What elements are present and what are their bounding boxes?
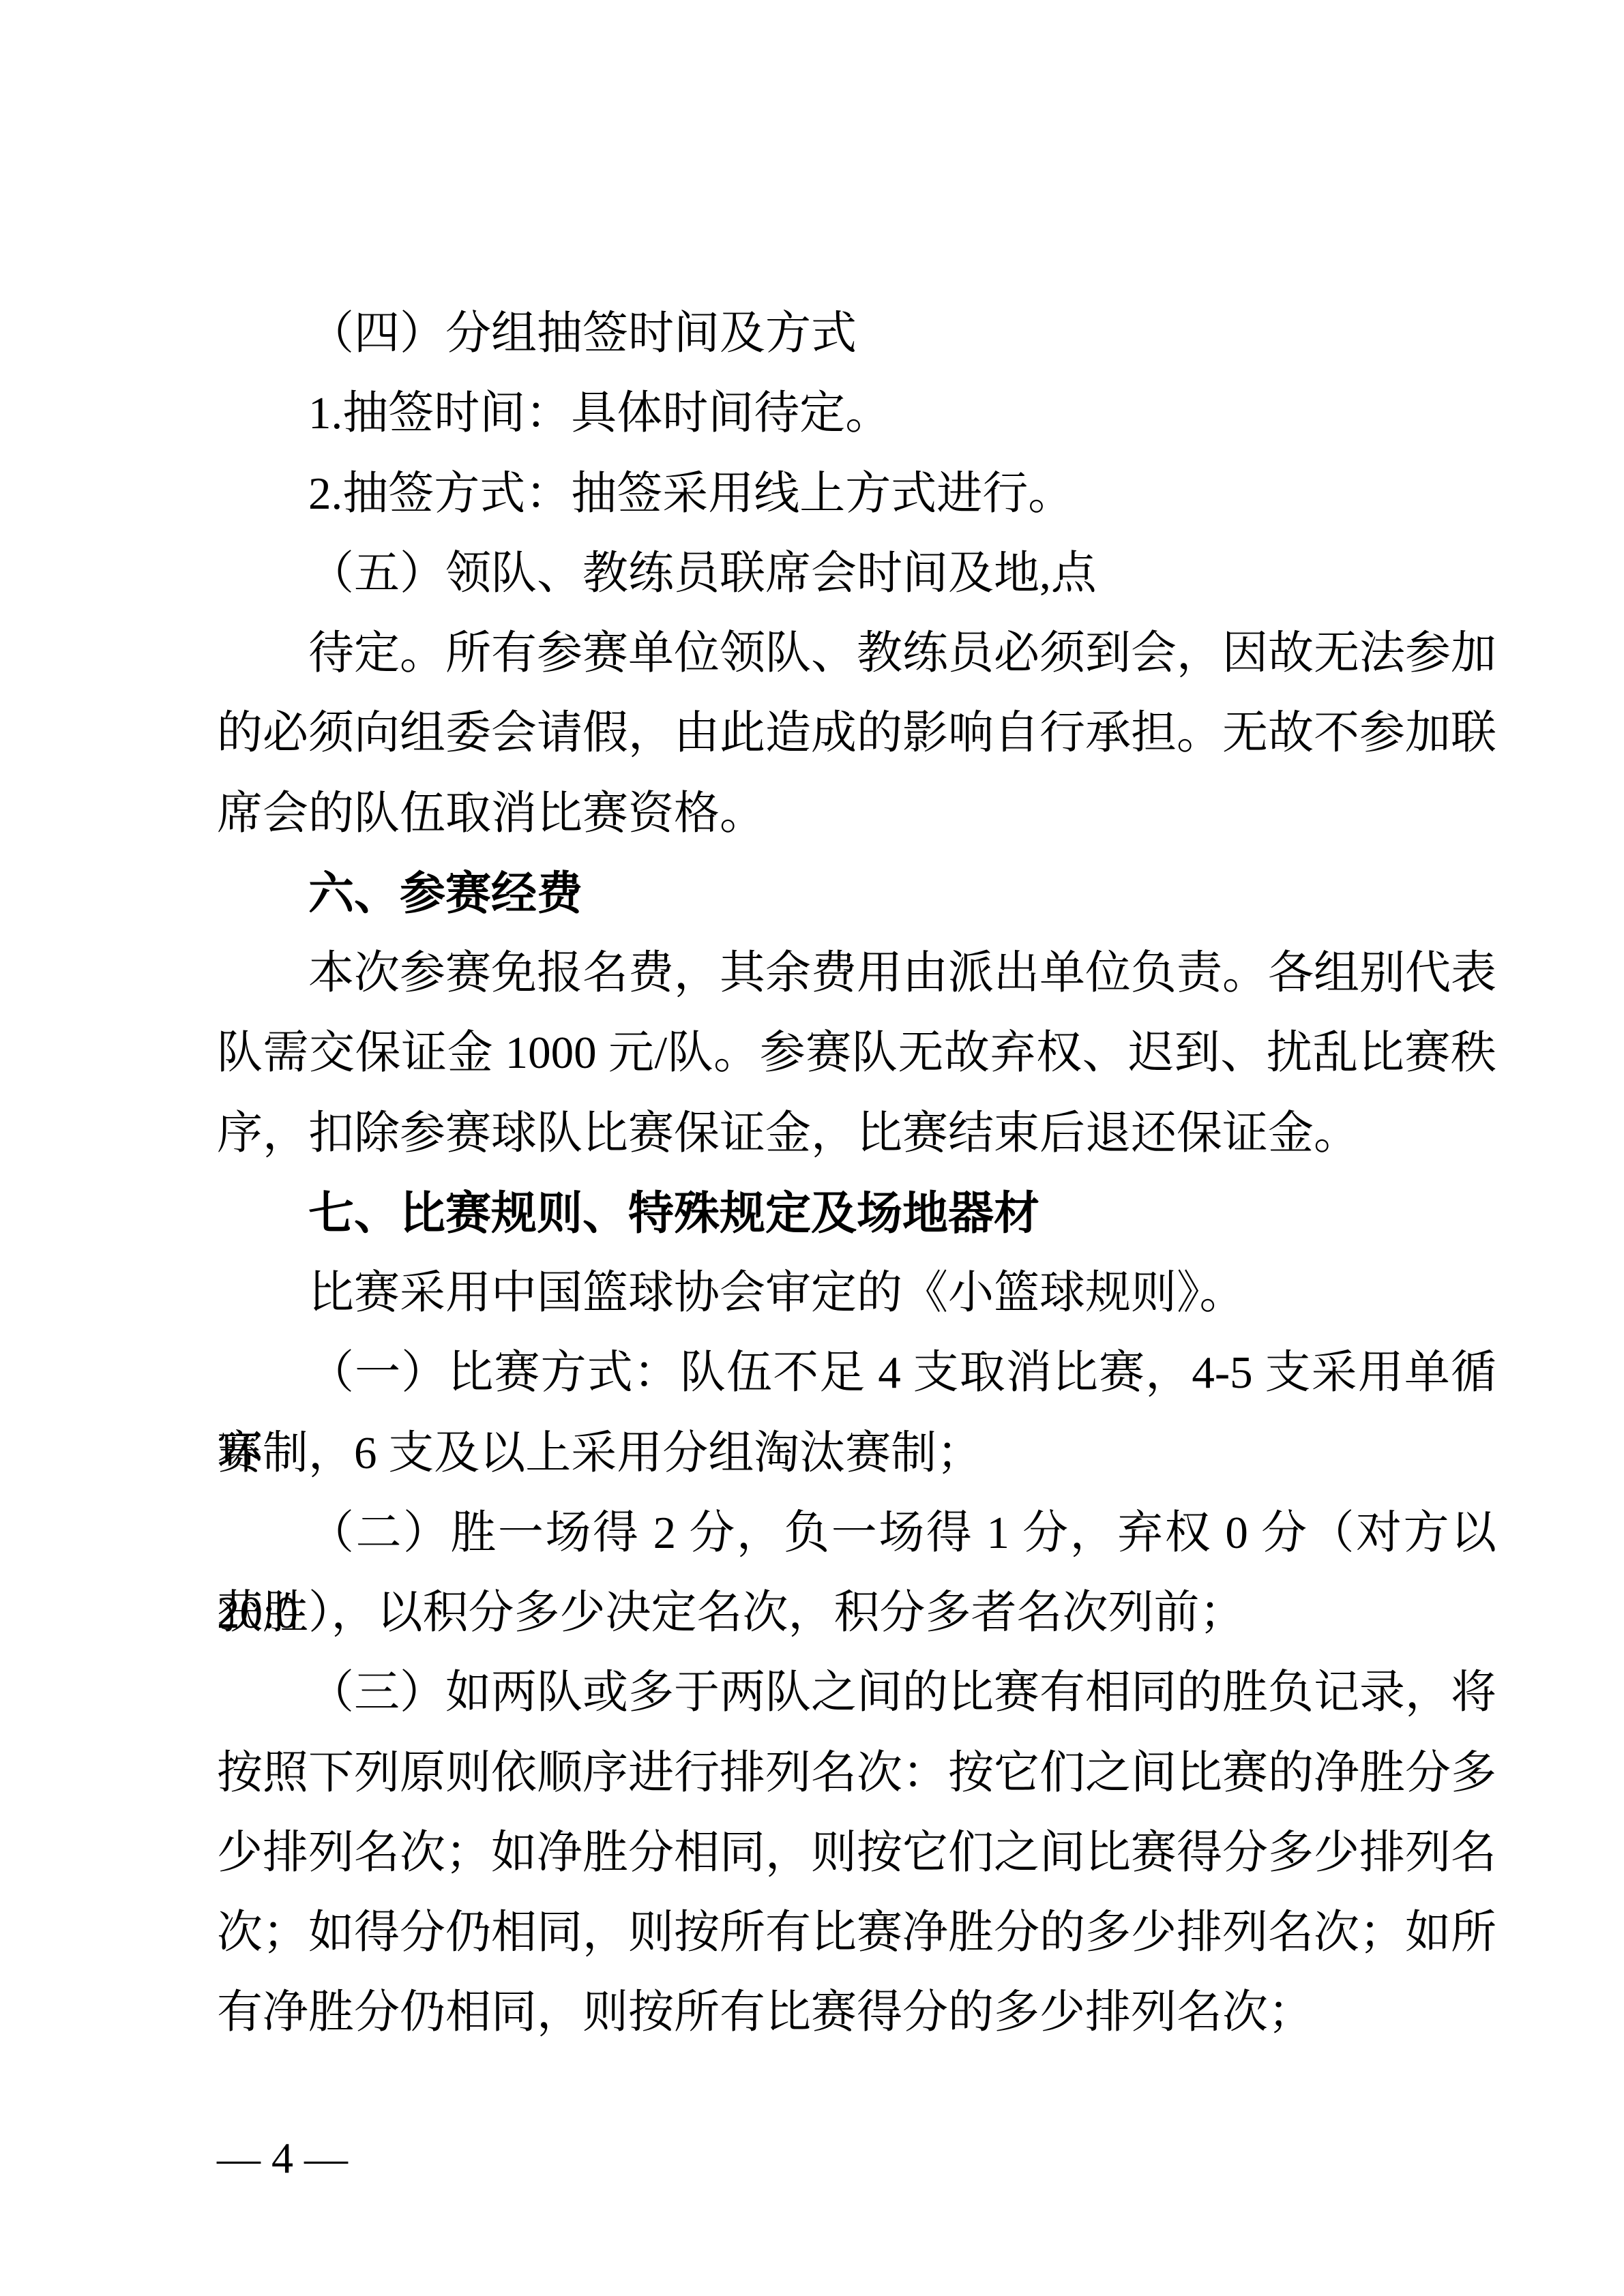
body-text-line: 序，扣除参赛球队比赛保证金，比赛结束后退还保证金。 bbox=[217, 1094, 1496, 1174]
body-text-line: （一）比赛方式：队伍不足 4 支取消比赛，4-5 支采用单循环 bbox=[217, 1333, 1496, 1413]
subsection-heading: （四）分组抽签时间及方式 bbox=[217, 294, 1496, 374]
body-text-line: 席会的队伍取消比赛资格。 bbox=[217, 774, 1496, 854]
body-text-line: 少排列名次；如净胜分相同，则按它们之间比赛得分多少排列名 bbox=[217, 1813, 1496, 1893]
body-text-line: 队需交保证金 1000 元/队。参赛队无故弃权、迟到、扰乱比赛秩 bbox=[217, 1013, 1496, 1093]
body-text-line: 有净胜分仍相同，则按所有比赛得分的多少排列名次； bbox=[217, 1973, 1496, 2053]
body-text-line: 待定。所有参赛单位领队、教练员必须到会，因故无法参加 bbox=[217, 614, 1496, 694]
body-text-line: 按照下列原则依顺序进行排列名次：按它们之间比赛的净胜分多 bbox=[217, 1733, 1496, 1813]
subsection-heading: （五）领队、教练员联席会时间及地,点 bbox=[217, 534, 1496, 614]
body-text-line: 比赛采用中国篮球协会审定的《小篮球规则》。 bbox=[217, 1253, 1496, 1333]
page-number: — 4 — bbox=[217, 2118, 348, 2198]
body-text-line: 2.抽签方式：抽签采用线上方式进行。 bbox=[217, 454, 1496, 534]
document-page: （四）分组抽签时间及方式1.抽签时间：具体时间待定。2.抽签方式：抽签采用线上方… bbox=[0, 0, 1624, 2296]
body-text-line: （三）如两队或多于两队之间的比赛有相同的胜负记录，将 bbox=[217, 1653, 1496, 1733]
section-heading: 七、比赛规则、特殊规定及场地器材 bbox=[217, 1174, 1496, 1253]
body-text-line: 获胜），以积分多少决定名次，积分多者名次列前； bbox=[217, 1573, 1496, 1653]
body-text-line: 次；如得分仍相同，则按所有比赛净胜分的多少排列名次；如所 bbox=[217, 1893, 1496, 1973]
body-text-line: 赛制，6 支及以上采用分组淘汰赛制； bbox=[217, 1414, 1496, 1493]
body-text-line: （二）胜一场得 2 分，负一场得 1 分，弃权 0 分（对方以 20:0 bbox=[217, 1493, 1496, 1573]
body-text-line: 的必须向组委会请假，由此造成的影响自行承担。无故不参加联 bbox=[217, 694, 1496, 773]
body-text-line: 1.抽签时间：具体时间待定。 bbox=[217, 374, 1496, 453]
document-body: （四）分组抽签时间及方式1.抽签时间：具体时间待定。2.抽签方式：抽签采用线上方… bbox=[217, 294, 1496, 2053]
section-heading: 六、参赛经费 bbox=[217, 854, 1496, 934]
body-text-line: 本次参赛免报名费，其余费用由派出单位负责。各组别代表 bbox=[217, 934, 1496, 1013]
